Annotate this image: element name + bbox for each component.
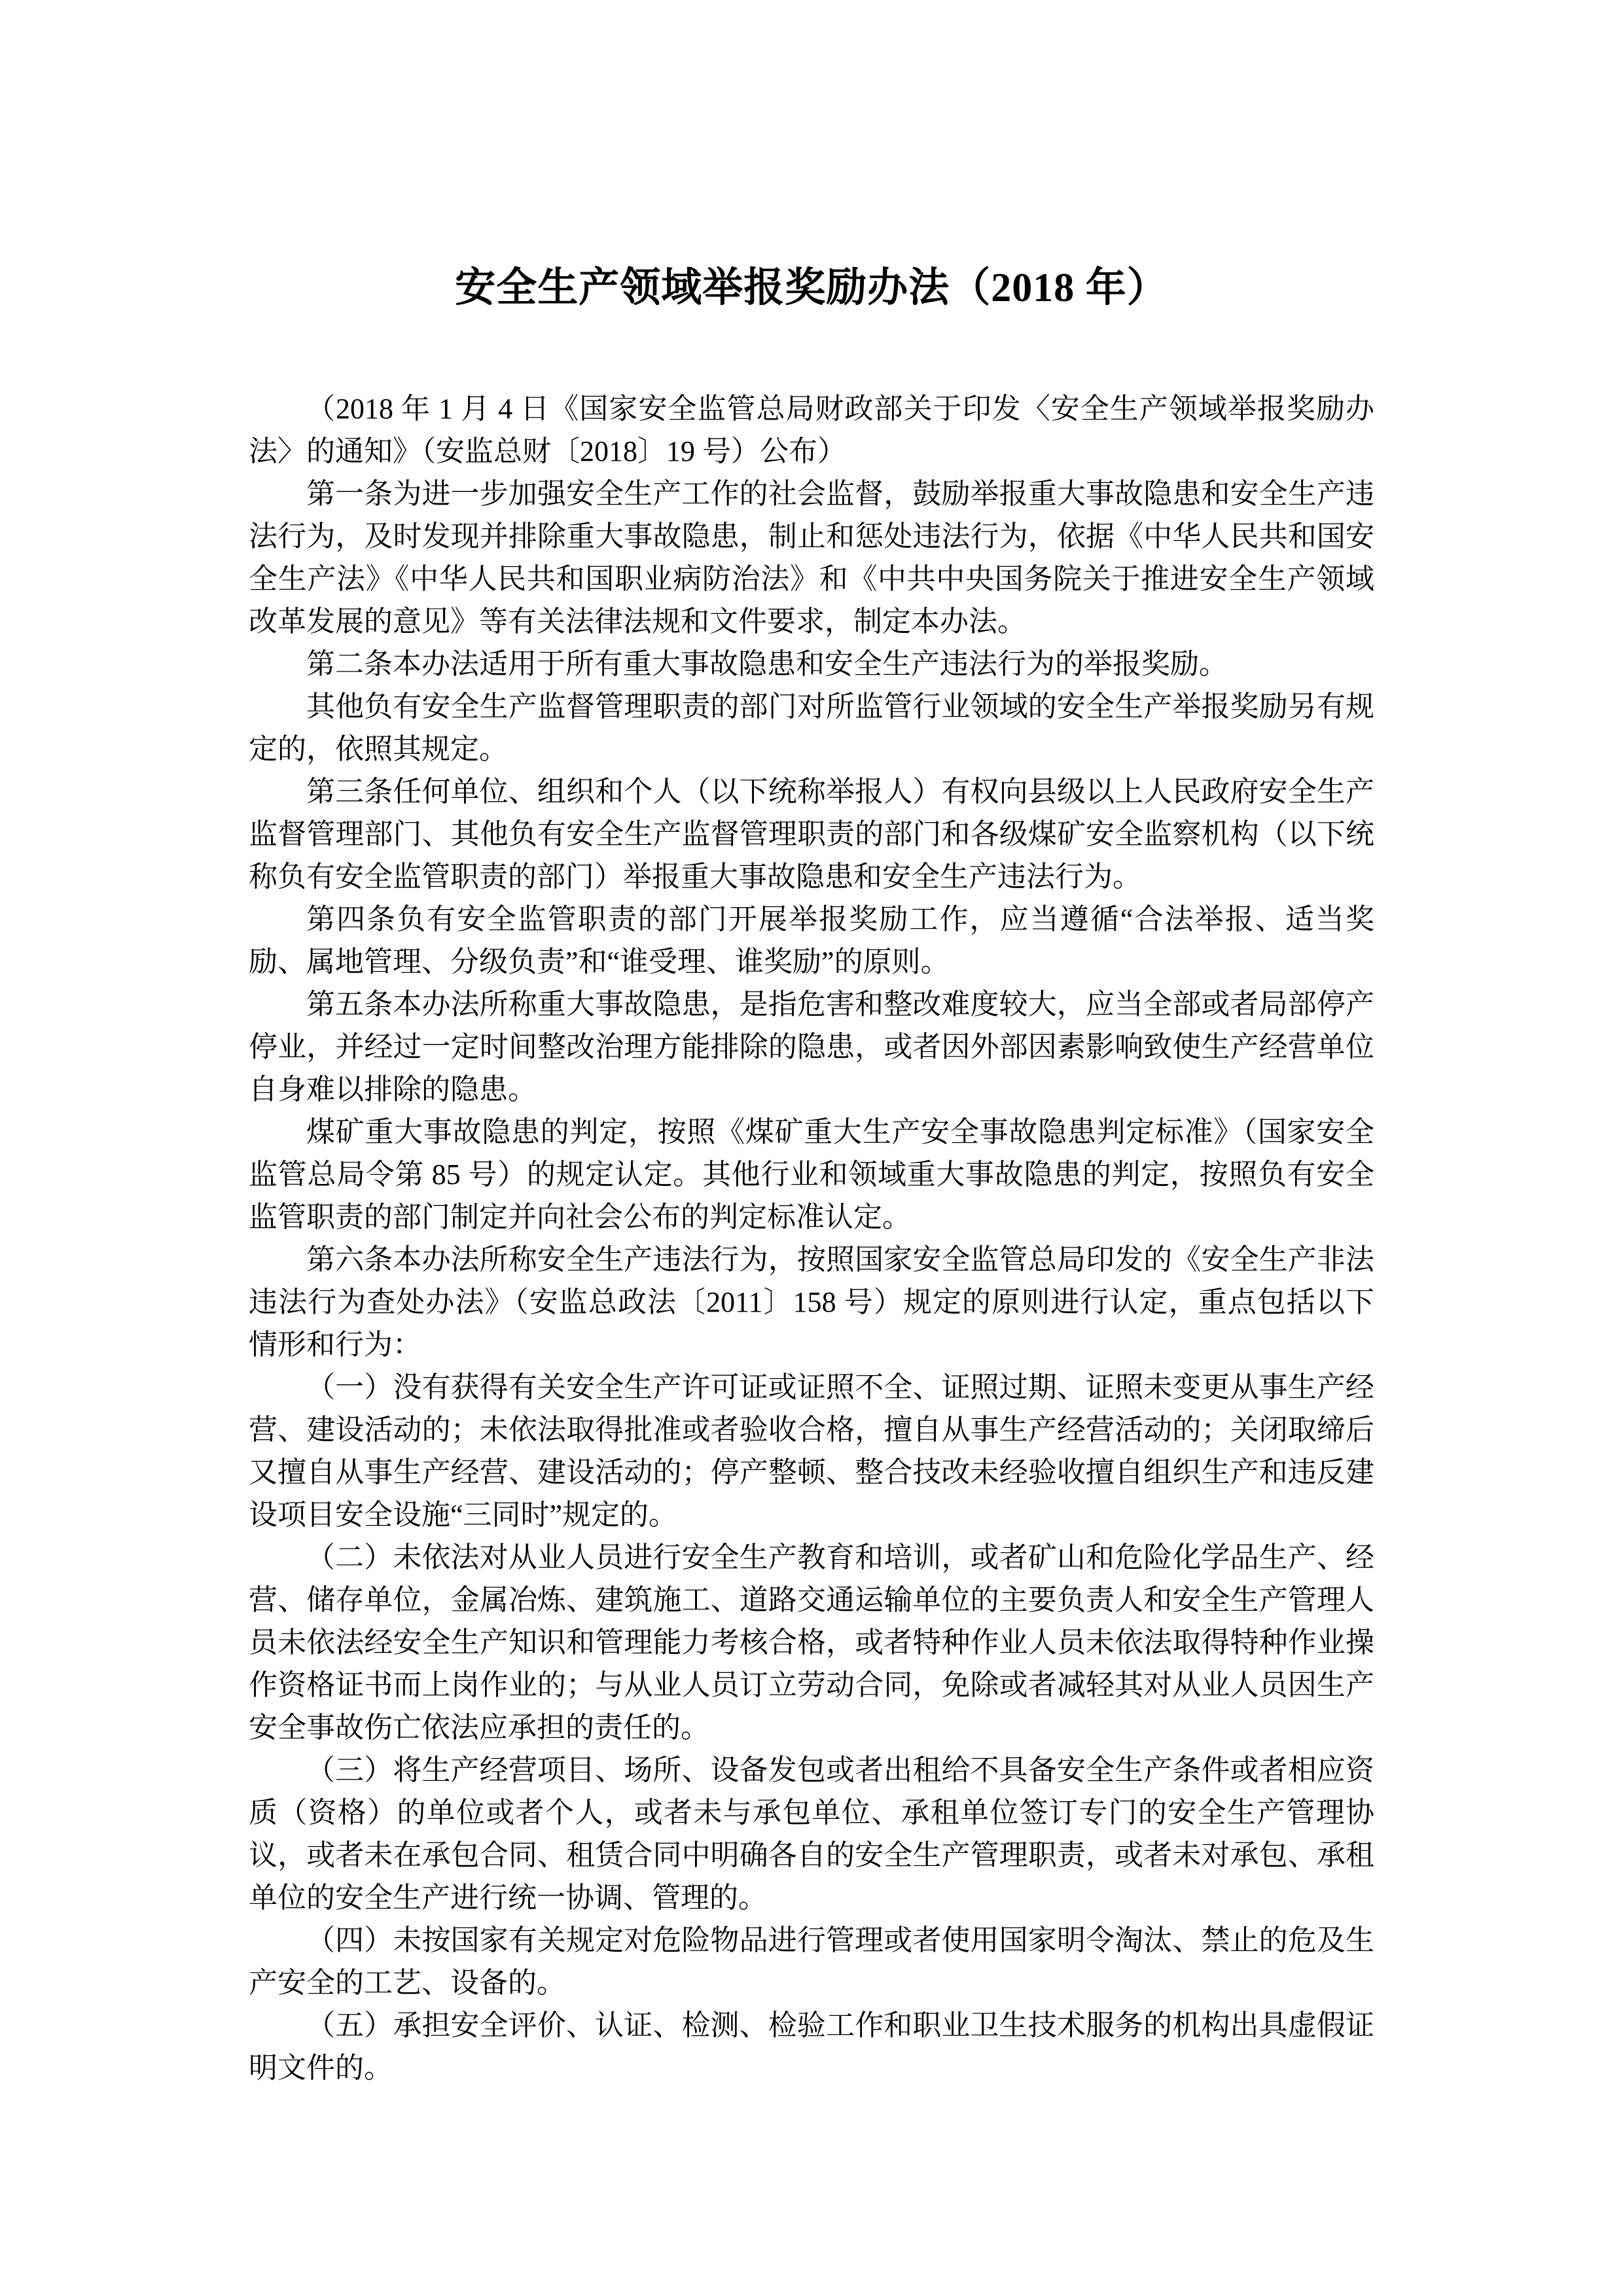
paragraph-article-5-supplement: 煤矿重大事故隐患的判定，按照《煤矿重大生产安全事故隐患判定标准》（国家安全监管总… [249,1111,1374,1238]
paragraph-article-2: 第二条本办法适用于所有重大事故隐患和安全生产违法行为的举报奖励。 [249,643,1374,685]
paragraph-item-1: （一）没有获得有关安全生产许可证或证照不全、证照过期、证照未变更从事生产经营、建… [249,1366,1374,1536]
paragraph-item-2: （二）未依法对从业人员进行安全生产教育和培训，或者矿山和危险化学品生产、经营、储… [249,1536,1374,1749]
paragraph-article-1: 第一条为进一步加强安全生产工作的社会监督，鼓励举报重大事故隐患和安全生产违法行为… [249,473,1374,643]
document-page: 安全生产领域举报奖励办法（2018 年） （2018 年 1 月 4 日《国家安… [0,0,1623,2296]
paragraph-item-3: （三）将生产经营项目、场所、设备发包或者出租给不具备安全生产条件或者相应资质（资… [249,1749,1374,1919]
paragraph-item-4: （四）未按国家有关规定对危险物品进行管理或者使用国家明令淘汰、禁止的危及生产安全… [249,1919,1374,2004]
paragraph-article-4: 第四条负有安全监管职责的部门开展举报奖励工作，应当遵循“合法举报、适当奖励、属地… [249,898,1374,983]
document-body: （2018 年 1 月 4 日《国家安全监管总局财政部关于印发〈安全生产领域举报… [249,387,1374,2089]
paragraph-article-6: 第六条本办法所称安全生产违法行为，按照国家安全监管总局印发的《安全生产非法违法行… [249,1238,1374,1366]
document-title: 安全生产领域举报奖励办法（2018 年） [249,262,1374,314]
paragraph-item-5: （五）承担安全评价、认证、检测、检验工作和职业卫生技术服务的机构出具虚假证明文件… [249,2004,1374,2089]
paragraph-article-2-supplement: 其他负有安全生产监督管理职责的部门对所监管行业领域的安全生产举报奖励另有规定的，… [249,685,1374,770]
paragraph-publish-note: （2018 年 1 月 4 日《国家安全监管总局财政部关于印发〈安全生产领域举报… [249,387,1374,473]
paragraph-article-3: 第三条任何单位、组织和个人（以下统称举报人）有权向县级以上人民政府安全生产监督管… [249,770,1374,898]
paragraph-article-5: 第五条本办法所称重大事故隐患，是指危害和整改难度较大，应当全部或者局部停产停业，… [249,983,1374,1111]
